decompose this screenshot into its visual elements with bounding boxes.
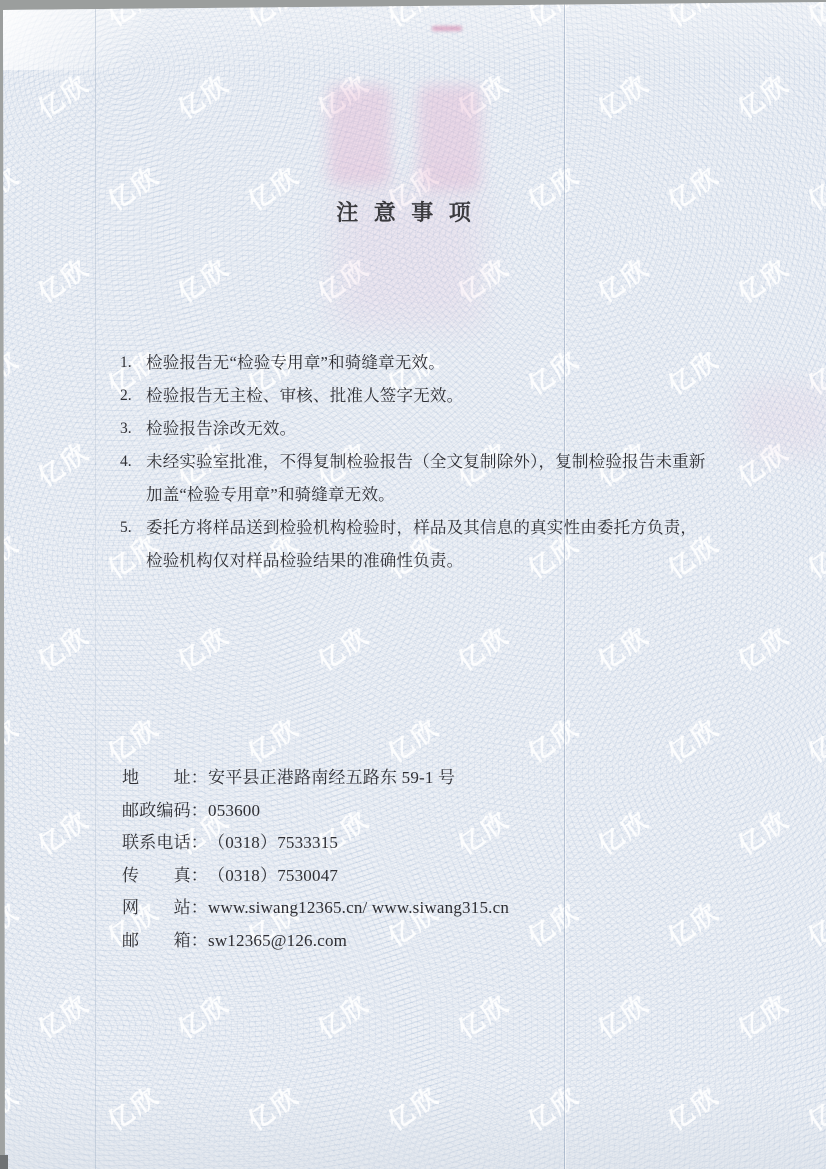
note-number: 4.	[120, 445, 146, 478]
note-item: 3. 检验报告涂改无效。	[120, 412, 725, 445]
note-number: 5.	[120, 511, 146, 544]
contact-label: 地 址：	[122, 762, 208, 795]
contact-value: 053600	[208, 795, 260, 828]
note-text: 检验报告无“检验专用章”和骑缝章无效。	[146, 346, 721, 379]
note-text: 未经实验室批准，不得复制检验报告（全文复制除外），复制检验报告未重新 加盖“检验…	[146, 445, 721, 511]
scanner-bed-notch	[0, 1155, 8, 1169]
contact-label: 网 站：	[122, 892, 208, 925]
page-title: 注 意 事 项	[0, 196, 812, 227]
contact-row-address: 地 址： 安平县正港路南经五路东 59-1 号	[122, 762, 682, 795]
notes-list: 1. 检验报告无“检验专用章”和骑缝章无效。 2. 检验报告无主检、审核、批准人…	[120, 346, 725, 577]
document-content: 注 意 事 项 1. 检验报告无“检验专用章”和骑缝章无效。 2. 检验报告无主…	[0, 0, 826, 1169]
scan-canvas: { "page": { "title": "注 意 事 项" }, "notes…	[0, 0, 826, 1169]
contact-label: 邮政编码：	[122, 795, 208, 828]
note-text: 检验报告无主检、审核、批准人签字无效。	[146, 379, 721, 412]
contact-value: （0318）7533315	[208, 827, 338, 860]
note-number: 3.	[120, 412, 146, 445]
contact-label: 传 真：	[122, 860, 208, 893]
note-item: 5. 委托方将样品送到检验机构检验时，样品及其信息的真实性由委托方负责， 检验机…	[120, 511, 725, 577]
contact-row-postcode: 邮政编码： 053600	[122, 795, 682, 828]
contact-label: 联系电话：	[122, 827, 208, 860]
contact-value: （0318）7530047	[208, 860, 338, 893]
note-item: 2. 检验报告无主检、审核、批准人签字无效。	[120, 379, 725, 412]
note-item: 4. 未经实验室批准，不得复制检验报告（全文复制除外），复制检验报告未重新 加盖…	[120, 445, 725, 511]
note-number: 1.	[120, 346, 146, 379]
note-item: 1. 检验报告无“检验专用章”和骑缝章无效。	[120, 346, 725, 379]
contact-row-website: 网 站： www.siwang12365.cn/ www.siwang315.c…	[122, 892, 682, 925]
note-text: 委托方将样品送到检验机构检验时，样品及其信息的真实性由委托方负责， 检验机构仅对…	[146, 511, 721, 577]
note-number: 2.	[120, 379, 146, 412]
note-text: 检验报告涂改无效。	[146, 412, 721, 445]
contact-value: www.siwang12365.cn/ www.siwang315.cn	[208, 892, 509, 925]
contact-label: 邮 箱：	[122, 925, 208, 958]
contact-row-email: 邮 箱： sw12365@126.com	[122, 925, 682, 958]
contact-value: 安平县正港路南经五路东 59-1 号	[208, 762, 455, 795]
scanned-page: 亿欣亿欣亿欣亿欣亿欣亿欣亿欣亿欣亿欣亿欣亿欣亿欣亿欣亿欣亿欣亿欣亿欣亿欣亿欣亿欣…	[0, 0, 826, 1169]
contact-block: 地 址： 安平县正港路南经五路东 59-1 号 邮政编码： 053600 联系电…	[122, 762, 682, 958]
contact-value: sw12365@126.com	[208, 925, 347, 958]
contact-row-fax: 传 真： （0318）7530047	[122, 860, 682, 893]
contact-row-phone: 联系电话： （0318）7533315	[122, 827, 682, 860]
